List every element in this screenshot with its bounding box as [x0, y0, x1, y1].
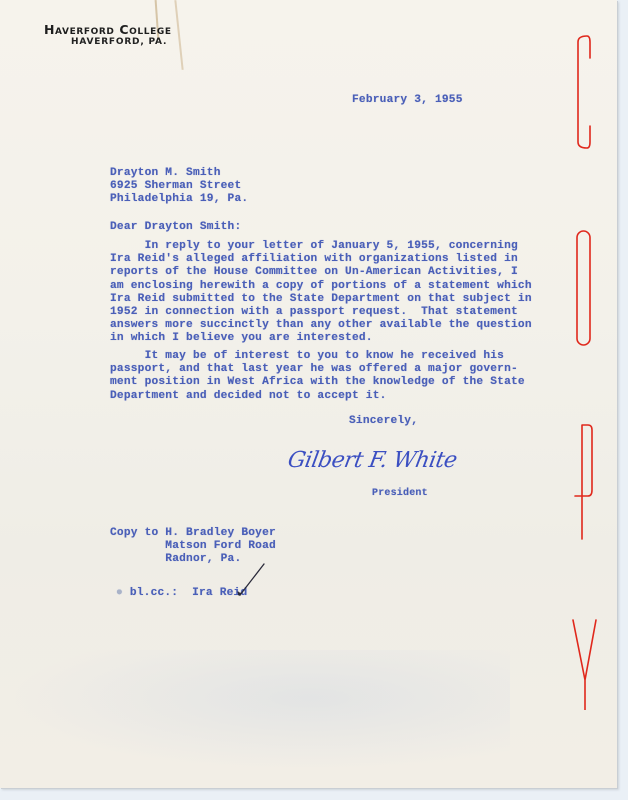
salutation: Dear Drayton Smith:	[110, 221, 241, 234]
stamp-letter-c	[578, 36, 590, 148]
body-line: In reply to your letter of January 5, 19…	[110, 240, 532, 253]
stamp-letter-o	[577, 231, 590, 345]
paper-stain	[174, 0, 183, 70]
closing: Sincerely,	[349, 415, 418, 428]
recipient-line: Philadelphia 19, Pa.	[110, 193, 248, 206]
body-paragraph-1: In reply to your letter of January 5, 19…	[110, 240, 532, 346]
body-line: in which I believe you are interested.	[110, 332, 532, 345]
recipient-address: Drayton M. Smith6925 Sherman StreetPhila…	[110, 167, 248, 207]
bcc-label: bl.cc.:	[130, 587, 178, 599]
body-line: answers more succinctly than any other a…	[110, 319, 532, 332]
letterhead: Haverford College HAVERFORD, PA.	[44, 22, 172, 47]
body-line: reports of the House Committee on Un-Ame…	[110, 266, 532, 279]
stamp-letter-y	[573, 620, 596, 710]
body-line: Ira Reid's alleged affiliation with orga…	[110, 253, 532, 266]
copy-to-line: Matson Ford Road	[110, 540, 276, 553]
blind-copy-line: ● bl.cc.: Ira Reid	[116, 587, 247, 600]
recipient-line: Drayton M. Smith	[110, 167, 248, 180]
body-paragraph-2: It may be of interest to you to know he …	[110, 350, 525, 403]
body-line: ment position in West Africa with the kn…	[110, 376, 525, 389]
body-line: It may be of interest to you to know he …	[110, 350, 525, 363]
letterhead-location: HAVERFORD, PA.	[71, 37, 172, 47]
body-line: am enclosing herewith a copy of portions…	[110, 280, 532, 293]
body-line: 1952 in connection with a passport reque…	[110, 306, 532, 319]
stamp-letter-p	[575, 425, 592, 539]
signer-title: President	[372, 487, 428, 500]
bullet-icon: ●	[116, 587, 130, 599]
copy-to-block: Copy to H. Bradley Boyer Matson Ford Roa…	[110, 527, 276, 567]
recipient-line: 6925 Sherman Street	[110, 180, 248, 193]
copy-to-line: Copy to H. Bradley Boyer	[110, 527, 276, 540]
copy-stamp	[566, 30, 606, 710]
body-line: Ira Reid submitted to the State Departme…	[110, 293, 532, 306]
handwritten-signature: Gilbert F. White	[286, 448, 459, 473]
paper-stain	[10, 650, 510, 770]
body-line: passport, and that last year he was offe…	[110, 363, 525, 376]
body-line: Department and decided not to accept it.	[110, 390, 525, 403]
letter-page: Haverford College HAVERFORD, PA. Februar…	[0, 0, 617, 788]
letter-date: February 3, 1955	[352, 94, 463, 107]
checkmark-icon	[236, 562, 266, 598]
letterhead-institution: Haverford College	[44, 22, 172, 37]
